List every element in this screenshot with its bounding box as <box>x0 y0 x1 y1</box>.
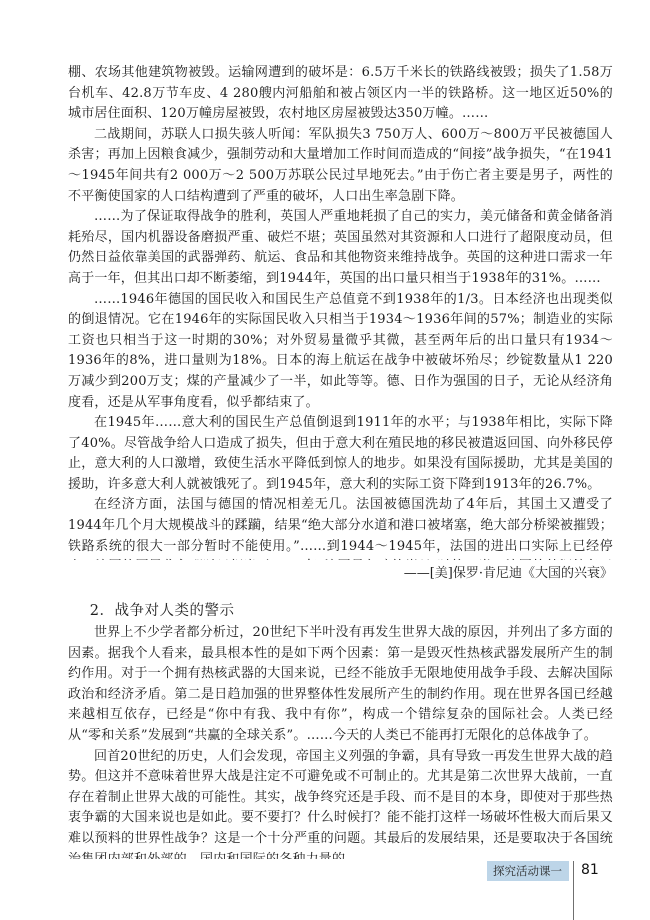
quote-paragraph: 二战期间，苏联人口损失骇人听闻：军队损失3 750万人、600万～800万平民被… <box>68 125 613 207</box>
quote-paragraph: 棚、农场其他建筑物被毁。运输网遭到的破坏是：6.5万千米长的铁路线被毁；损失了1… <box>68 63 613 125</box>
page-number: 81 <box>581 862 599 878</box>
body-paragraph: 世界上不少学者都分析过，20世纪下半叶没有再发生世界大战的原因，并列出了多方面的… <box>68 623 613 747</box>
quote-paragraph: 在经济方面，法国与德国的情况相差无几。法国被德国洗劫了4年后，其国土又遭受了19… <box>68 495 613 560</box>
quote-paragraph: ……1946年德国的国民收入和国民生产总值竟不到1938年的1/3。日本经济也出… <box>68 290 613 414</box>
quoted-source-text: 棚、农场其他建筑物被毁。运输网遭到的破坏是：6.5万千米长的铁路线被毁；损失了1… <box>68 63 613 560</box>
footer-chapter-tab: 探究活动课一 <box>487 861 569 881</box>
quote-paragraph: 在1945年……意大利的国民生产总值倒退到1911年的水平；与1938年相比，实… <box>68 413 613 495</box>
section-heading: 2．战争对人类的警示 <box>68 599 613 620</box>
source-attribution: ——[美]保罗·肯尼迪《大国的兴衰》 <box>68 562 613 581</box>
textbook-page: 棚、农场其他建筑物被毁。运输网遭到的破坏是：6.5万千米长的铁路线被毁；损失了1… <box>0 0 650 920</box>
quote-paragraph: ……为了保证取得战争的胜利，英国人严重地耗损了自己的实力，美元储备和黄金储备消耗… <box>68 207 613 289</box>
body-paragraph: 回首20世纪的历史，人们会发现，帝国主义列强的争霸，具有导致一再发生世界大战的趋… <box>68 747 613 859</box>
footer-divider <box>573 861 574 920</box>
section-body-text: 世界上不少学者都分析过，20世纪下半叶没有再发生世界大战的原因，并列出了多方面的… <box>68 623 613 859</box>
